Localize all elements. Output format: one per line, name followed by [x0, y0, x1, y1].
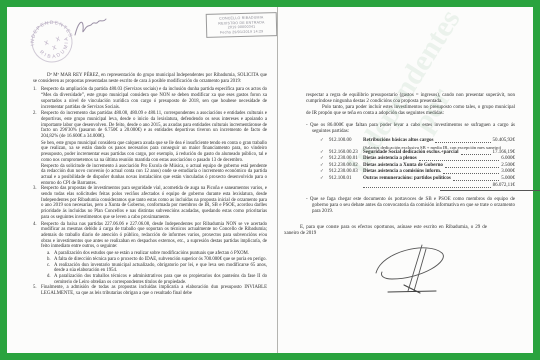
check-icon: ✓ [320, 156, 329, 162]
polo-tanto-paragraph: Polo tanto, para poder incluír estes inv… [306, 105, 515, 117]
intro-paragraph: Dª Mª MAR REY PÉREZ, en representación d… [33, 73, 267, 84]
partida-amount: 5.000€ [501, 176, 515, 182]
list-item-2: 2. Respecto do incremento das partidas 4… [33, 111, 267, 140]
dot-leader [419, 158, 500, 161]
list-item-2-paragraph-2: Se ben, este grupo municipal considera q… [41, 141, 267, 164]
list-item-4-number: 4. [33, 222, 41, 251]
partida-code: 912.230.00.03 [329, 169, 363, 175]
sub-item-d-letter: d. [47, 274, 54, 285]
sub-item-d-text: A paralización dos traballos técnicos e … [54, 274, 267, 285]
list-item-5-number: 5. [33, 285, 41, 296]
sub-item-d: d. A paralización dos traballos técnicos… [47, 274, 267, 285]
sub-item-c-text: A realización dun inventario municipal a… [54, 263, 267, 274]
partida-code: 912.100.01 [329, 176, 363, 182]
partida-code: 912.230.00.01 [329, 156, 363, 162]
registry-stamp: CONCELLO RIBADUMIA REXISTRO DE ENTRADA 2… [206, 12, 278, 38]
partida-desc: Retribucións básicas altos cargos [363, 138, 433, 144]
partida-row: ✓ 912.230.00.03 Dietas asistencia a comi… [320, 169, 515, 175]
continuation-paragraph: respectar a regra de equilibrio presupos… [306, 93, 515, 105]
check-icon: ✓ [320, 150, 329, 156]
bullet-forward-document: - Que se faga chegar este documento ós p… [306, 197, 515, 215]
check-icon: ✓ [320, 176, 329, 182]
check-icon: ✓ [320, 163, 329, 169]
list-item-2-number: 2. [33, 111, 41, 140]
list-item-3-text: Respecto das propostas de investimentos … [41, 186, 267, 220]
list-item-3-number: 3. [33, 186, 41, 220]
left-page: INDEPENDENTES POR RIBADUMIA CONCELLO RIB… [7, 7, 277, 353]
document-pages: INDEPENDENTES POR RIBADUMIA CONCELLO RIB… [7, 7, 533, 353]
partida-amount: 6.000€ [501, 156, 515, 162]
dot-leader [443, 171, 499, 174]
list-item-2-text: Respecto do incremento das partidas 480.… [41, 111, 267, 140]
list-item-1: 1. Respecto da ampliación da partida 480… [33, 87, 267, 110]
partida-desc: Outras remuneracións: partidos políticos [363, 176, 451, 182]
dot-leader [363, 185, 491, 188]
list-item-3: 3. Respecto das propostas de investiment… [33, 186, 267, 220]
list-item-4-text: Respecto da baixa nas partidas 227.06.06… [41, 222, 267, 251]
partida-desc: Dietas asistencia a Xunta de Goberno [363, 163, 443, 169]
total-underline [440, 190, 540, 191]
sub-item-c: c. A realización dun inventario municipa… [47, 263, 267, 274]
total-row: 86.072,11€ [320, 183, 515, 189]
dot-leader [461, 152, 491, 155]
check-icon: ✓ [320, 138, 329, 144]
total-amount: 86.072,11€ [493, 183, 515, 189]
right-page: Independentes por respectar a regra de e… [277, 7, 533, 353]
list-item-1-text: Respecto da ampliación da partida 480.03… [41, 87, 267, 110]
handwritten-initials [69, 13, 119, 43]
dot-leader [435, 140, 490, 143]
dot-leader [445, 165, 499, 168]
partida-desc: Seguridade Social dedicación exclus.+par… [363, 150, 459, 156]
partida-desc: Dietas asistencia a plenos [363, 156, 417, 162]
list-item-1-number: 1. [33, 87, 41, 110]
list-item-2-paragraph-3: Respecto da solicitude de incremento á a… [41, 164, 267, 187]
dot-leader [453, 178, 499, 181]
bullet-funding: - Que os 86.000€ que faltan para poder l… [306, 123, 515, 135]
list-item-4: 4. Respecto da baixa nas partidas 227.06… [33, 222, 267, 251]
partida-desc: Dietas asistencia a comisións inform. [363, 169, 441, 175]
scanned-document: INDEPENDENTES POR RIBADUMIA CONCELLO RIB… [0, 0, 540, 360]
partida-row: ✓ 912.230.00.01 Dietas asistencia a plen… [320, 156, 515, 162]
partida-amount: 17.166,19€ [493, 150, 516, 156]
partida-code: 912.100.00 [329, 138, 363, 144]
partida-code: 912.230.00.02 [329, 163, 363, 169]
closing-paragraph: E, para que conste para os efectos oport… [284, 225, 487, 237]
sub-item-c-letter: c. [47, 263, 54, 274]
list-item-5-text: Finalmente, a admisión de todas as propo… [41, 285, 267, 296]
partida-amount: 2.500€ [501, 163, 515, 169]
check-icon: ✓ [320, 169, 329, 175]
partida-amount: 50.405,92€ [493, 138, 516, 144]
partida-row: ✓ 912.100.01 Outras remuneracións: parti… [320, 176, 515, 182]
list-item-5: 5. Finalmente, a admisión de todas as pr… [33, 285, 267, 296]
signature [362, 239, 462, 297]
partida-row: ✓ 912.100.00 Retribucións básicas altos … [320, 138, 515, 144]
partida-row: ✓ 912.230.00.02 Dietas asistencia a Xunt… [320, 163, 515, 169]
partida-code: 912.160.00.23 [329, 150, 363, 156]
partidas-table: ✓ 912.100.00 Retribucións básicas altos … [320, 138, 515, 191]
registry-stamp-line4: Fecha 29/01/2019 14:29 [208, 29, 275, 35]
partida-row: ✓ 912.160.00.23 Seguridade Social dedica… [320, 150, 515, 156]
partida-amount: 3.000€ [501, 169, 515, 175]
